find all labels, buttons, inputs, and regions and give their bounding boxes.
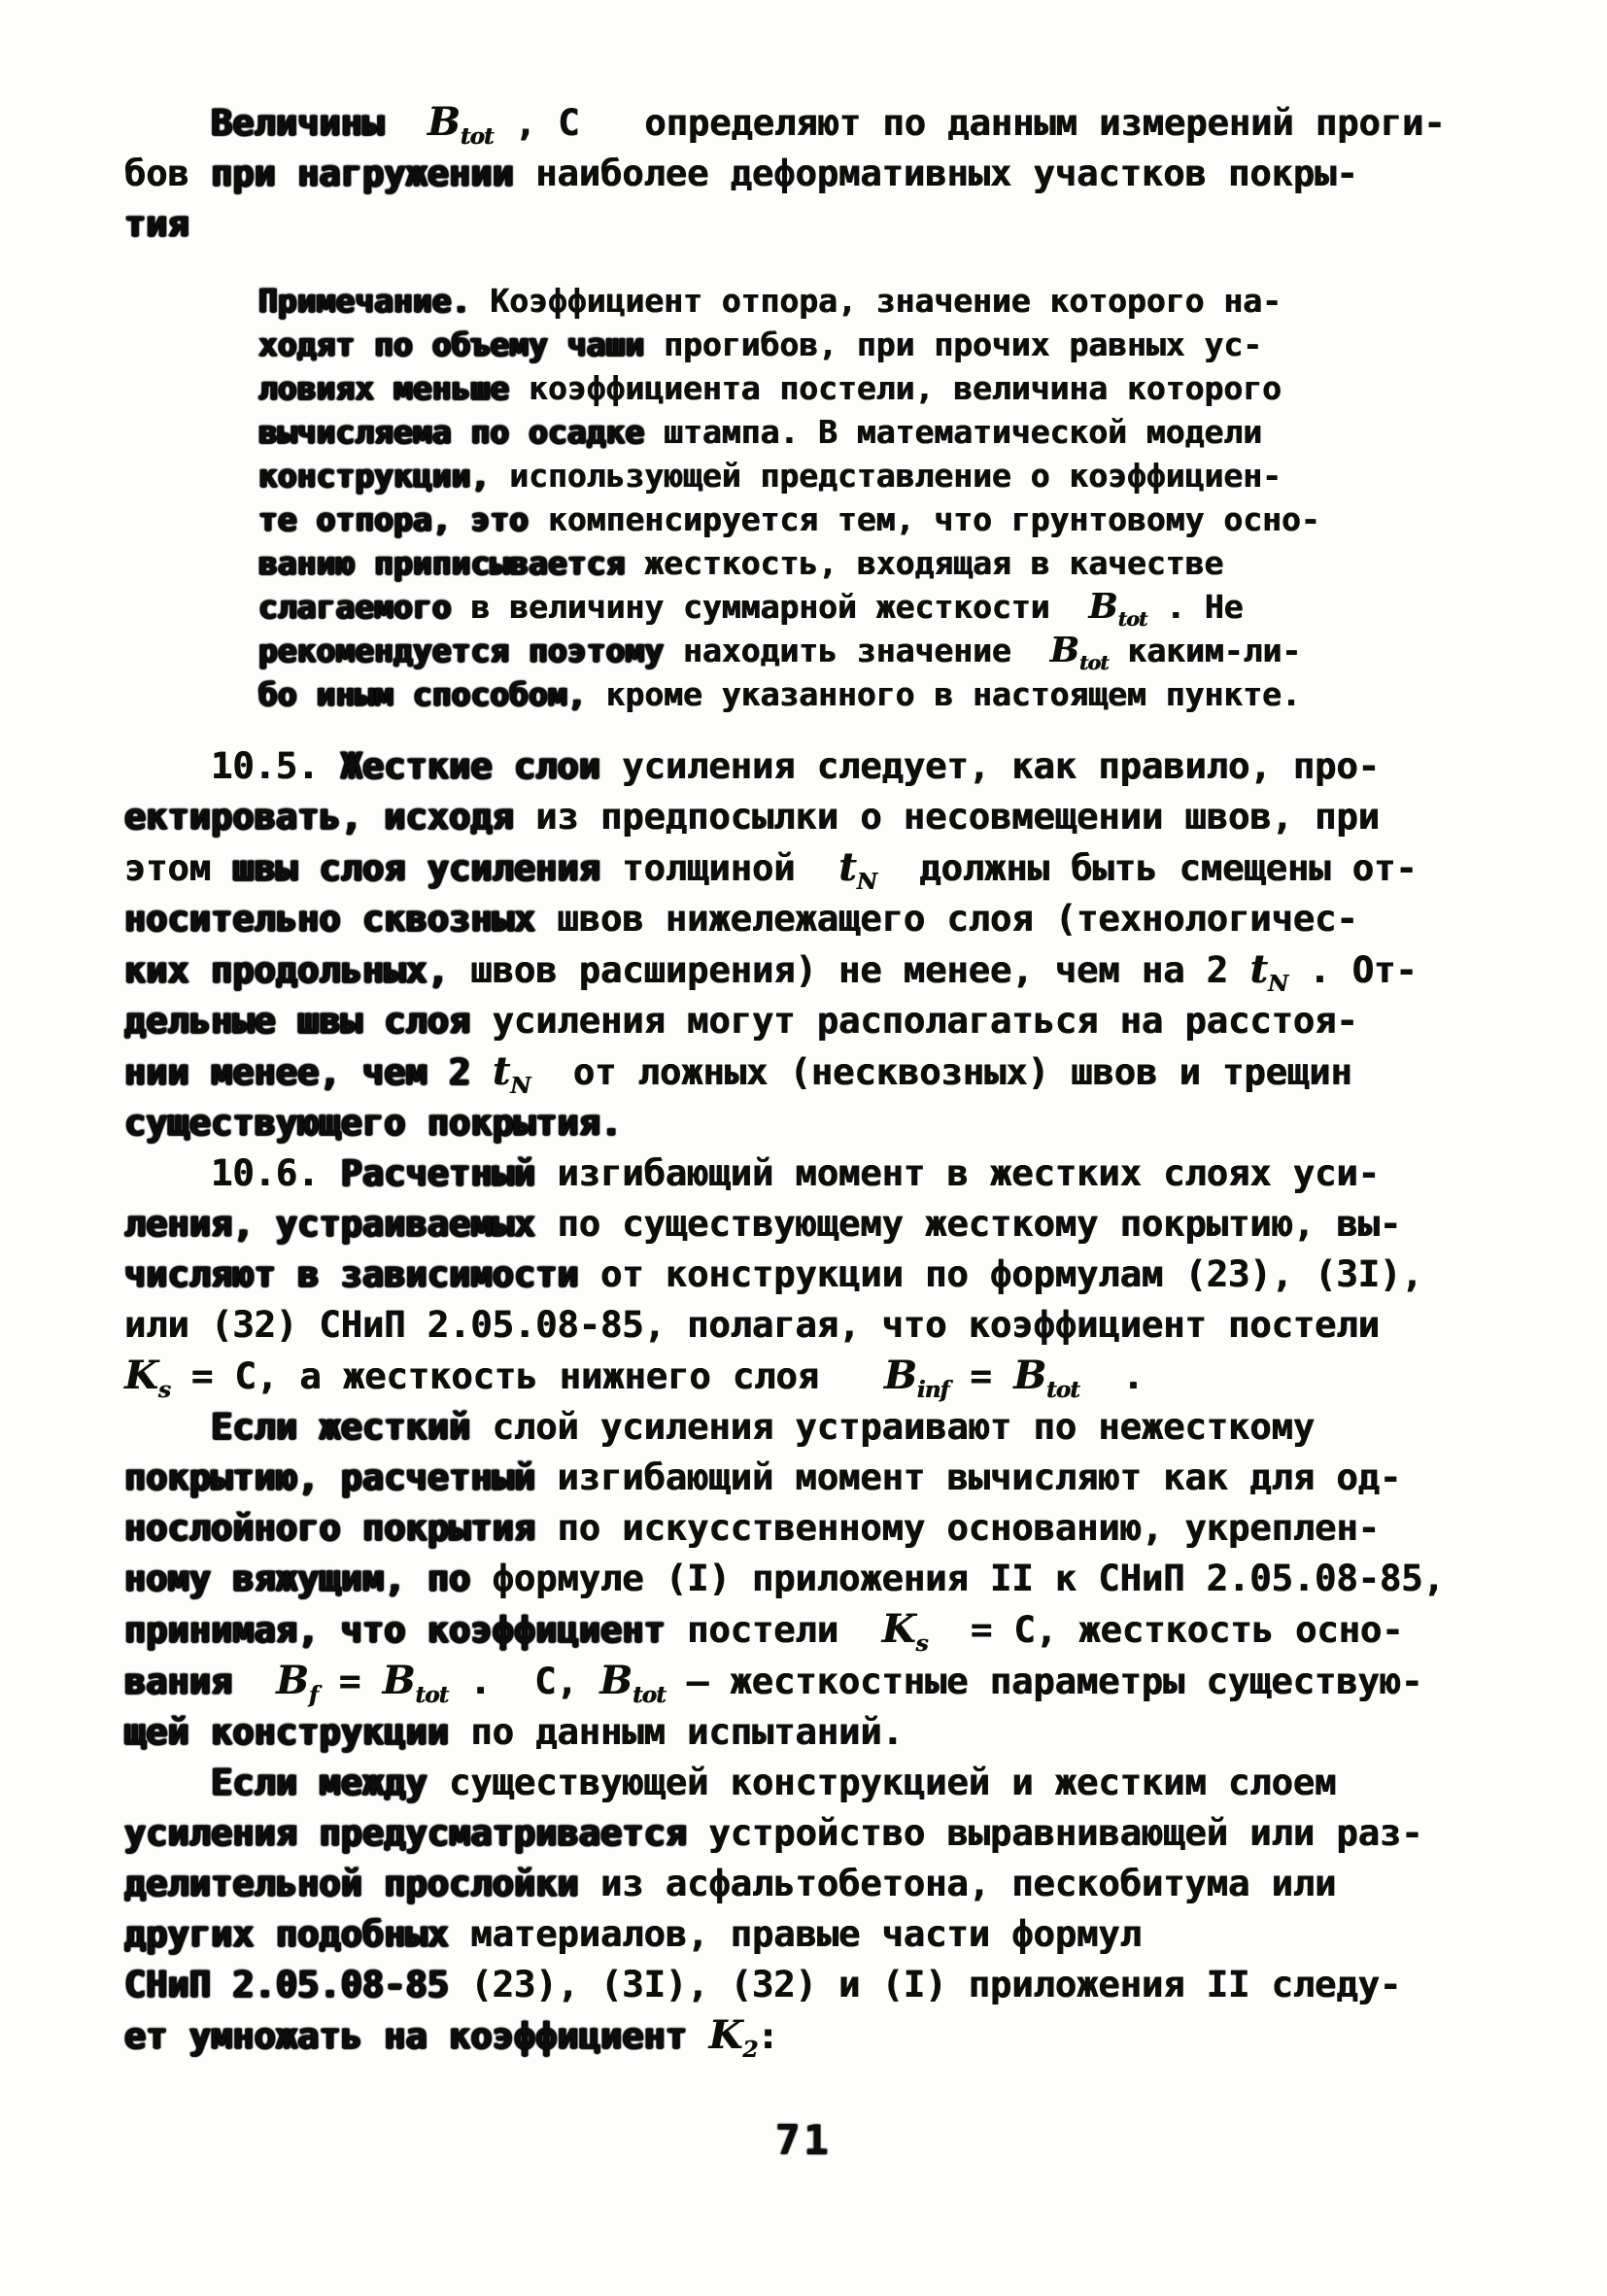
text-line: ектировать, исходя из предпосылки о несо… bbox=[124, 792, 1514, 842]
text-run: слагаемого bbox=[258, 588, 452, 626]
text-run: должны быть смещены от- bbox=[876, 847, 1418, 889]
text-run: от конструкции по формулам (23), (3I), bbox=[579, 1253, 1423, 1295]
text-run: ходят по объему чаши bbox=[258, 326, 644, 363]
text-run: по существующему жесткому покрытию, вы- bbox=[535, 1203, 1401, 1245]
text-run: = С, жесткость осно- bbox=[927, 1609, 1403, 1651]
text-run: прогибов, при прочих равных ус- bbox=[644, 326, 1262, 363]
paragraph-intro: Величины Btot , С определяют по данным и… bbox=[124, 97, 1514, 250]
text-line: Если жесткий слой усиления устраивают по… bbox=[124, 1402, 1514, 1453]
text-run: . От- bbox=[1287, 949, 1418, 991]
text-run: от ложных (несквозных) швов и трещин bbox=[530, 1051, 1351, 1093]
text-run bbox=[124, 1762, 211, 1803]
text-run: нослойного покрытия bbox=[124, 1507, 535, 1549]
text-run: , С определяют по данным измерений проги… bbox=[494, 102, 1446, 144]
text-run: этом bbox=[124, 847, 232, 889]
text-run: вычисляема по осадке bbox=[258, 413, 644, 451]
text-run: устройство выравнивающей или раз- bbox=[687, 1812, 1422, 1854]
text-run: дельные швы слоя bbox=[124, 1000, 470, 1042]
text-run: усиления следует, как правило, про- bbox=[600, 745, 1380, 787]
paragraph-10-5: 10.5. Жесткие слои усиления следует, как… bbox=[124, 741, 1514, 1148]
formula-symbol: Btot bbox=[599, 1658, 666, 1703]
text-run: при нагружении bbox=[211, 153, 514, 194]
text-line: бов при нагружении наиболее деформативны… bbox=[124, 149, 1514, 199]
formula-symbol: Binf bbox=[884, 1353, 948, 1398]
text-run: рекомендуется поэтому bbox=[258, 632, 664, 669]
text-run: наиболее деформативных участков покры- bbox=[514, 153, 1358, 194]
text-run: принимая, что коэффициент bbox=[124, 1609, 666, 1651]
text-line: СНиП 2.05.08-85 (23), (3I), (32) и (I) п… bbox=[124, 1960, 1514, 2010]
page-content: Величины Btot , С определяют по данным и… bbox=[124, 97, 1514, 2062]
text-line: вычисляема по осадке штампа. В математич… bbox=[258, 410, 1385, 454]
text-line: те отпора, это компенсируется тем, что г… bbox=[258, 497, 1385, 541]
text-line: ному вяжущим, по формуле (I) приложения … bbox=[124, 1554, 1514, 1604]
text-line: других подобных материалов, правые части… bbox=[124, 1909, 1514, 1960]
page-number: 71 bbox=[0, 2116, 1607, 2164]
text-line: или (32) СНиП 2.05.08-85, полагая, что к… bbox=[124, 1300, 1514, 1351]
text-run: толщиной bbox=[600, 847, 838, 889]
text-line: конструкции, использующей представление … bbox=[258, 454, 1385, 497]
text-line: бо иным способом, кроме указанного в нас… bbox=[258, 672, 1385, 716]
text-run: других подобных bbox=[124, 1913, 449, 1955]
text-run: каким-ли- bbox=[1109, 632, 1302, 669]
paragraph-interlayer-case: Если между существующей конструкцией и ж… bbox=[124, 1758, 1514, 2062]
text-run: Коэффициент отпора, значение которого на… bbox=[471, 282, 1282, 320]
text-line: ет умножать на коэффициент K2: bbox=[124, 2010, 1514, 2062]
text-line: ления, устраиваемых по существующему жес… bbox=[124, 1199, 1514, 1250]
text-run: . С, bbox=[448, 1661, 599, 1702]
text-line: числяют в зависимости от конструкции по … bbox=[124, 1250, 1514, 1300]
formula-symbol: Btot bbox=[1050, 631, 1109, 670]
formula-symbol: Ks bbox=[124, 1353, 170, 1398]
text-line: Примечание. Коэффициент отпора, значение… bbox=[258, 279, 1385, 323]
text-run: кроме указанного в настоящем пункте. bbox=[587, 675, 1301, 713]
text-run: материалов, правые части формул bbox=[449, 1913, 1142, 1955]
text-run: 10.6. bbox=[124, 1152, 341, 1194]
text-run: делительной прослойки bbox=[124, 1863, 579, 1904]
text-run: слой усиления устраивают по нежесткому bbox=[470, 1406, 1315, 1448]
text-run: штампа. В математической модели bbox=[644, 413, 1262, 451]
text-run: ловиях меньше bbox=[258, 369, 509, 407]
text-run: существующего покрытия. bbox=[124, 1102, 622, 1144]
text-run: усиления предусматривается bbox=[124, 1812, 687, 1854]
text-run: по искусственному основанию, укреплен- bbox=[535, 1507, 1380, 1549]
text-run: жесткость, входящая в качестве bbox=[626, 544, 1224, 582]
text-run: бов bbox=[124, 153, 211, 194]
text-line: Ks = С, а жесткость нижнего слоя Binf = … bbox=[124, 1351, 1514, 1402]
text-run: = С, а жесткость нижнего слоя bbox=[170, 1355, 884, 1397]
text-line: дельные швы слоя усиления могут располаг… bbox=[124, 996, 1514, 1046]
formula-symbol: Ks bbox=[882, 1606, 928, 1652]
text-run: : bbox=[757, 2015, 778, 2057]
text-line: нии менее, чем 2 tN от ложных (несквозны… bbox=[124, 1046, 1514, 1098]
text-line: Если между существующей конструкцией и ж… bbox=[124, 1758, 1514, 1808]
text-run: формуле (I) приложения II к СНиП 2.05.08… bbox=[470, 1558, 1444, 1599]
text-run: ления, устраиваемых bbox=[124, 1203, 535, 1245]
text-line: ких продольных, швов расширения) не мене… bbox=[124, 944, 1514, 996]
text-line: ванию приписывается жесткость, входящая … bbox=[258, 541, 1385, 585]
text-run: . bbox=[1079, 1355, 1145, 1397]
text-run: Если между bbox=[211, 1762, 427, 1803]
text-run: покрытию, расчетный bbox=[124, 1456, 535, 1498]
text-run: бо иным способом, bbox=[258, 675, 587, 713]
text-run: те отпора, это bbox=[258, 500, 529, 538]
text-run: постели bbox=[666, 1609, 882, 1651]
text-run: Величины bbox=[211, 102, 405, 144]
text-run: Жесткие слои bbox=[341, 745, 600, 787]
text-line: усиления предусматривается устройство вы… bbox=[124, 1808, 1514, 1859]
text-run: или (32) СНиП 2.05.08-85, полагая, что к… bbox=[124, 1304, 1380, 1346]
text-run: конструкции, bbox=[258, 457, 490, 495]
text-run: = bbox=[948, 1355, 1013, 1397]
paragraph-10-6: 10.6. Расчетный изгибающий момент в жест… bbox=[124, 1148, 1514, 1402]
text-run: вания bbox=[124, 1661, 276, 1702]
text-run: усиления могут располагаться на расстоя- bbox=[470, 1000, 1357, 1042]
text-run bbox=[124, 102, 211, 144]
formula-symbol: Bf bbox=[276, 1658, 318, 1703]
text-run bbox=[406, 102, 427, 144]
text-line: делительной прослойки из асфальтобетона,… bbox=[124, 1859, 1514, 1909]
formula-symbol: K2 bbox=[708, 2012, 757, 2058]
text-run: носительно сквозных bbox=[124, 898, 535, 940]
text-run: = bbox=[318, 1661, 383, 1702]
text-run: по данным испытаний. bbox=[449, 1711, 904, 1753]
text-run: из асфальтобетона, пескобитума или bbox=[579, 1863, 1337, 1904]
text-run: . Не bbox=[1146, 588, 1243, 626]
text-line: 10.5. Жесткие слои усиления следует, как… bbox=[124, 741, 1514, 792]
text-run: ет умножать на коэффициент bbox=[124, 2015, 687, 2057]
formula-symbol: tN bbox=[838, 844, 876, 890]
formula-symbol: Btot bbox=[427, 99, 494, 145]
text-run: числяют в зависимости bbox=[124, 1253, 579, 1295]
paragraph-nonrigid-case: Если жесткий слой усиления устраивают по… bbox=[124, 1402, 1514, 1758]
text-line: рекомендуется поэтому находить значение … bbox=[258, 629, 1385, 672]
text-run: находить значение bbox=[664, 632, 1049, 669]
text-run: коэффициента постели, величина которого bbox=[509, 369, 1282, 407]
text-run: изгибающий момент в жестких слоях уси- bbox=[535, 1152, 1380, 1194]
text-run: использующей представление о коэффициен- bbox=[490, 457, 1282, 495]
text-run: нии менее, чем 2 bbox=[124, 1051, 493, 1093]
text-run: ектировать, исходя bbox=[124, 796, 514, 838]
text-run: ких продольных, bbox=[124, 949, 449, 991]
text-run: щей конструкции bbox=[124, 1711, 449, 1753]
text-line: 10.6. Расчетный изгибающий момент в жест… bbox=[124, 1148, 1514, 1199]
text-run bbox=[124, 1406, 211, 1448]
text-run: ванию приписывается bbox=[258, 544, 626, 582]
formula-symbol: tN bbox=[493, 1048, 530, 1094]
text-line: вания Bf = Btot . С, Btot — жесткостные … bbox=[124, 1656, 1514, 1707]
text-line: ловиях меньше коэффициента постели, вели… bbox=[258, 366, 1385, 410]
note-block: Примечание. Коэффициент отпора, значение… bbox=[258, 279, 1385, 716]
text-run: ному вяжущим, по bbox=[124, 1558, 470, 1599]
text-run: швов расширения) не менее, чем на 2 bbox=[449, 949, 1249, 991]
formula-symbol: Btot bbox=[383, 1658, 449, 1703]
text-line: этом швы слоя усиления толщиной tN должн… bbox=[124, 842, 1514, 894]
text-run: швы слоя усиления bbox=[232, 847, 600, 889]
text-line: Величины Btot , С определяют по данным и… bbox=[124, 97, 1514, 149]
text-line: тия bbox=[124, 199, 1514, 250]
text-line: слагаемого в величину суммарной жесткост… bbox=[258, 585, 1385, 629]
text-line: ходят по объему чаши прогибов, при прочи… bbox=[258, 323, 1385, 366]
text-run bbox=[687, 2015, 708, 2057]
text-run: (23), (3I), (32) и (I) приложения II сле… bbox=[449, 1964, 1401, 2005]
text-run: существующей конструкцией и жестким слое… bbox=[427, 1762, 1337, 1803]
text-line: нослойного покрытия по искусственному ос… bbox=[124, 1503, 1514, 1554]
text-run: 10.5. bbox=[124, 745, 341, 787]
text-run: тия bbox=[124, 203, 189, 245]
text-line: существующего покрытия. bbox=[124, 1098, 1514, 1148]
text-run: швов нижележащего слоя (технологичес- bbox=[535, 898, 1357, 940]
document-page: Величины Btot , С определяют по данным и… bbox=[0, 0, 1607, 2296]
text-line: покрытию, расчетный изгибающий момент вы… bbox=[124, 1453, 1514, 1503]
text-run: изгибающий момент вычисляют как для од- bbox=[535, 1456, 1401, 1498]
text-line: носительно сквозных швов нижележащего сл… bbox=[124, 894, 1514, 944]
text-line: принимая, что коэффициент постели Ks = С… bbox=[124, 1604, 1514, 1656]
formula-symbol: Btot bbox=[1088, 587, 1146, 627]
text-run: Примечание. bbox=[258, 282, 471, 320]
text-run: Если жесткий bbox=[211, 1406, 470, 1448]
text-run: в величину суммарной жесткости bbox=[452, 588, 1089, 626]
text-run: Расчетный bbox=[341, 1152, 535, 1194]
text-run: из предпосылки о несовмещении швов, при bbox=[514, 796, 1380, 838]
text-run: СНиП 2.05.08-85 bbox=[124, 1964, 449, 2005]
text-run: — жесткостные параметры существую- bbox=[666, 1661, 1423, 1702]
formula-symbol: Btot bbox=[1013, 1353, 1079, 1398]
text-line: щей конструкции по данным испытаний. bbox=[124, 1707, 1514, 1758]
formula-symbol: tN bbox=[1249, 946, 1287, 992]
text-run: компенсируется тем, что грунтовому осно- bbox=[529, 500, 1320, 538]
